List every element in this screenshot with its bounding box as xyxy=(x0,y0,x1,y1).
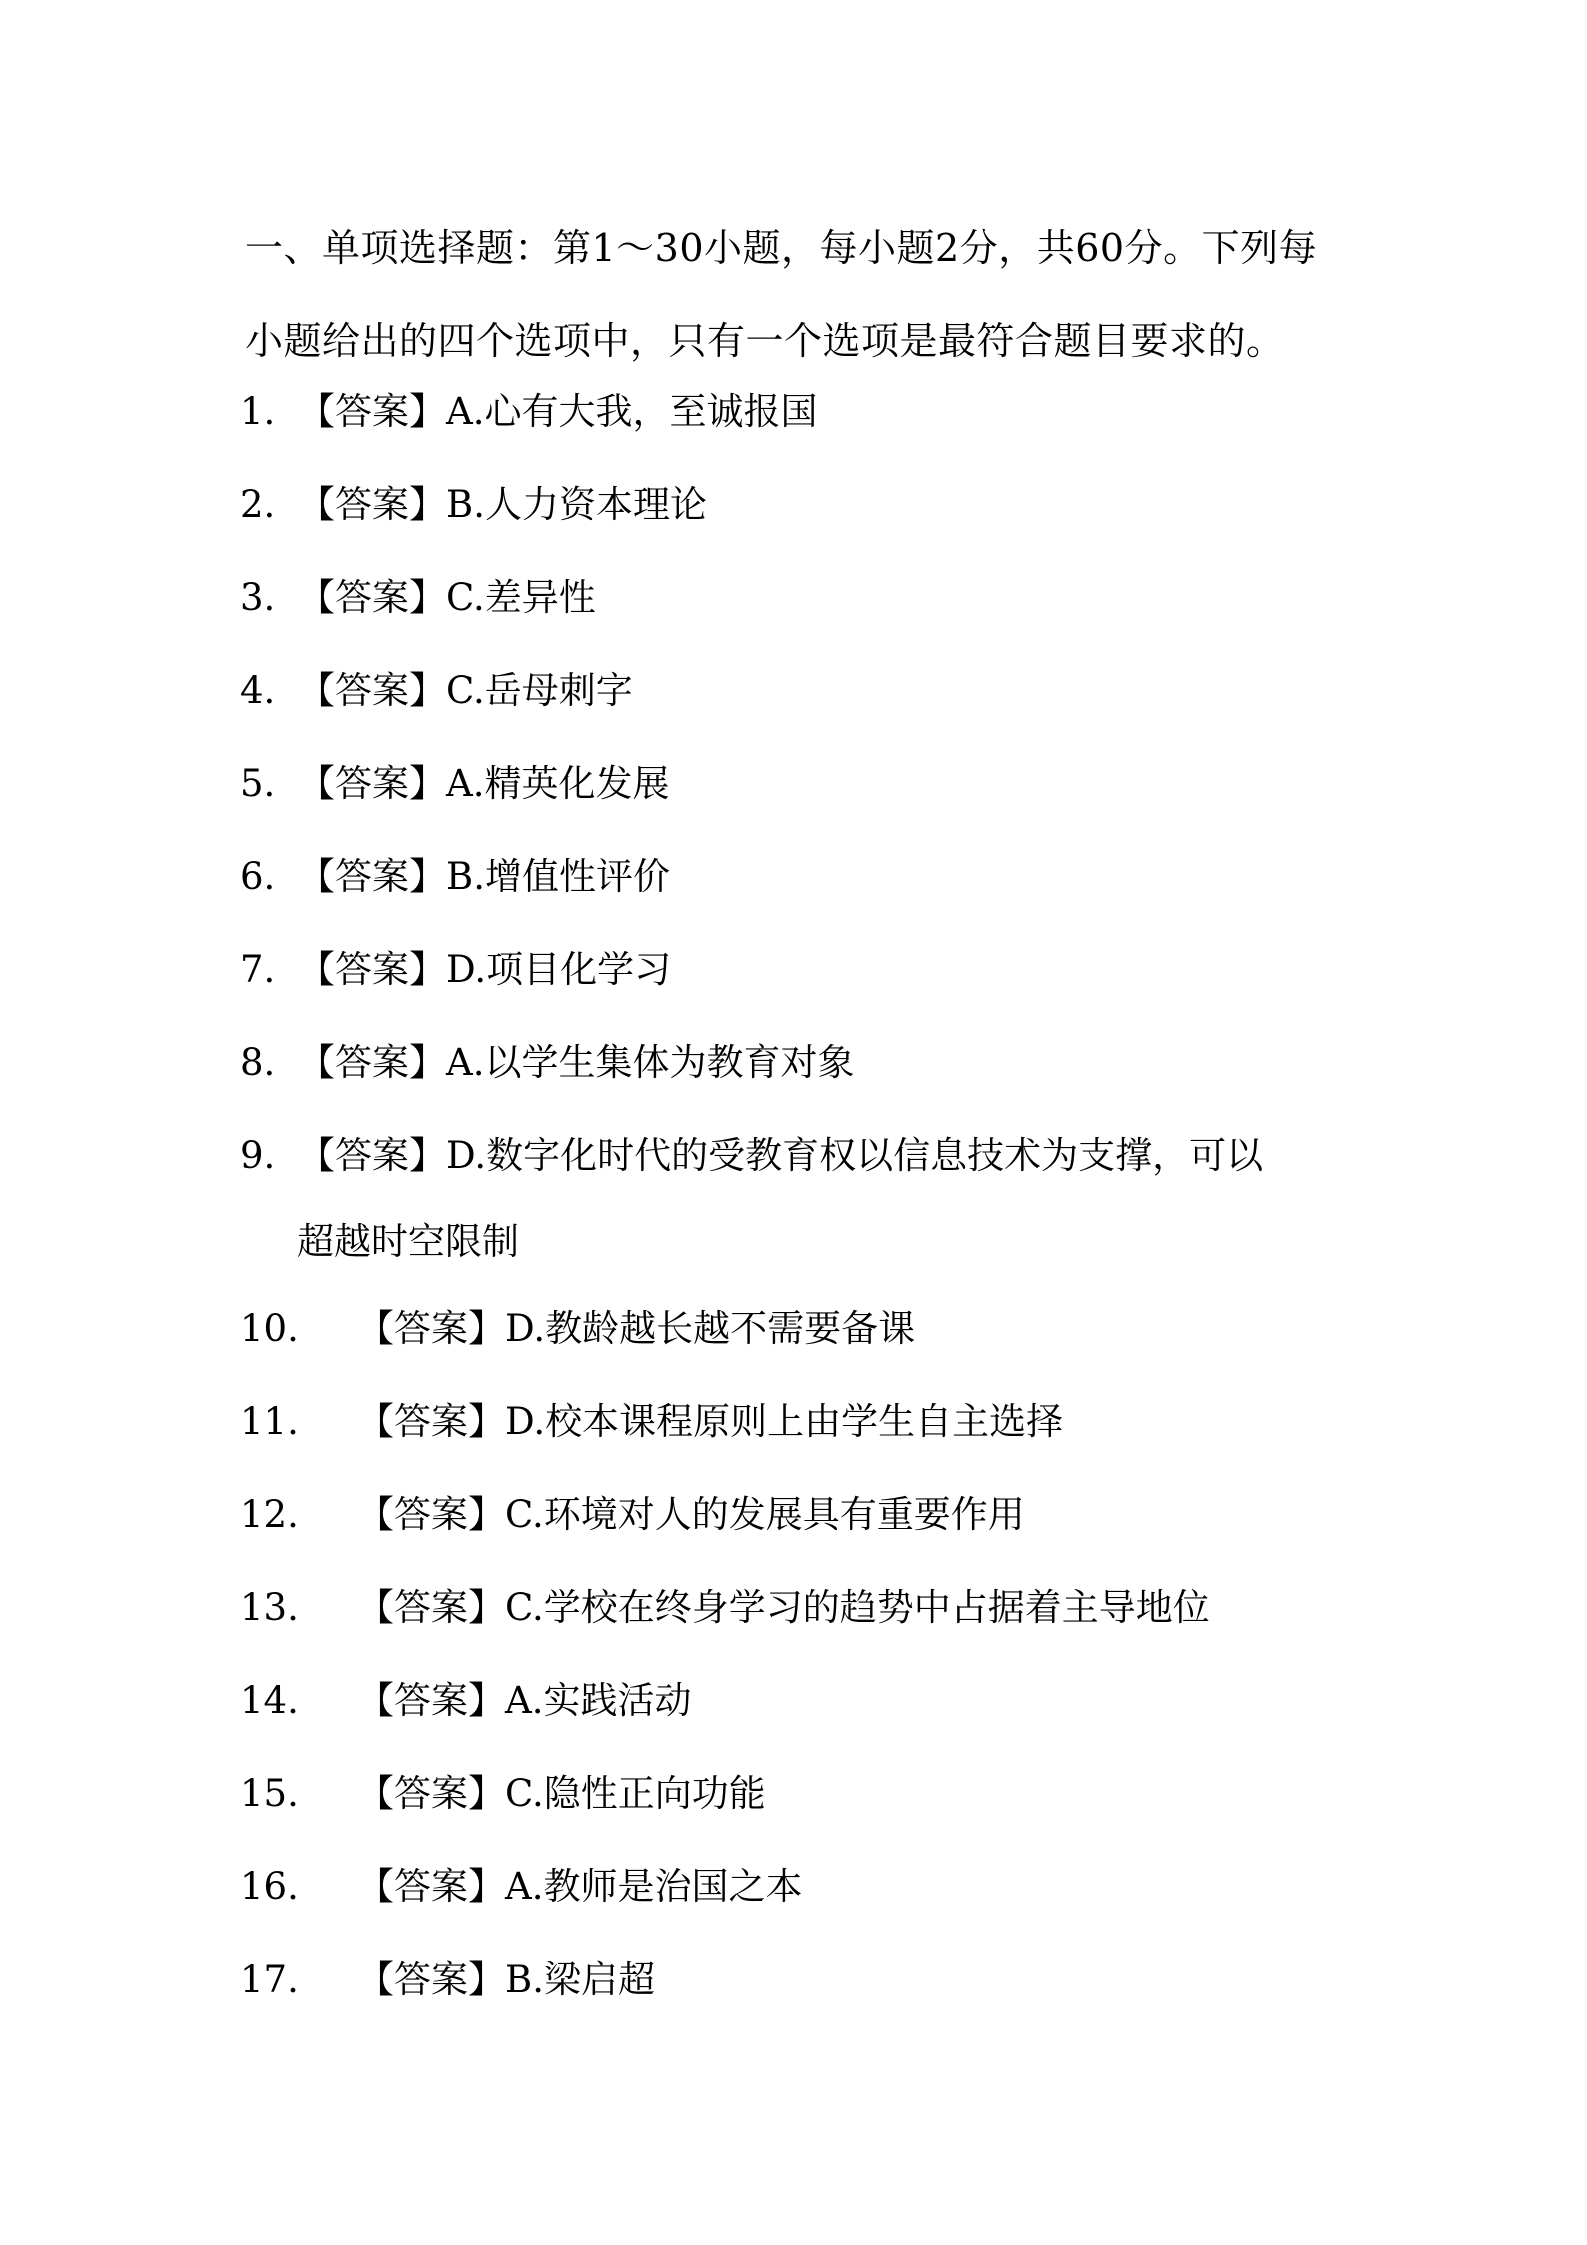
section-heading-line-1: 一、单项选择题：第1～30小题，每小题2分，共60分。下列每 xyxy=(245,202,1355,295)
item-number: 16. xyxy=(240,1864,357,1910)
answer-text: B.增值性评价 xyxy=(446,855,670,898)
answer-item-4: 4.【答案】C.岳母刺字 xyxy=(240,668,633,714)
answer-tag: 【答案】 xyxy=(357,1957,505,2003)
item-number: 11. xyxy=(240,1399,357,1445)
answer-item-9-continuation: 超越时空限制 xyxy=(297,1219,519,1265)
answer-item-15: 15.【答案】C.隐性正向功能 xyxy=(240,1771,766,1817)
answer-text: C.环境对人的发展具有重要作用 xyxy=(505,1493,1025,1536)
answer-tag: 【答案】 xyxy=(357,1306,505,1352)
answer-text: A.精英化发展 xyxy=(446,762,669,805)
answer-item-6: 6.【答案】B.增值性评价 xyxy=(240,854,670,900)
section-heading: 一、单项选择题：第1～30小题，每小题2分，共60分。下列每 小题给出的四个选项… xyxy=(245,202,1355,388)
answer-text: A.以学生集体为教育对象 xyxy=(446,1041,854,1084)
answer-item-8: 8.【答案】A.以学生集体为教育对象 xyxy=(240,1040,854,1086)
answer-tag: 【答案】 xyxy=(357,1399,505,1445)
document-page: 一、单项选择题：第1～30小题，每小题2分，共60分。下列每 小题给出的四个选项… xyxy=(0,0,1587,2245)
item-number: 9. xyxy=(240,1133,298,1179)
answer-tag: 【答案】 xyxy=(298,482,446,528)
item-number: 6. xyxy=(240,854,298,900)
answer-text: A.实践活动 xyxy=(505,1679,691,1722)
answer-tag: 【答案】 xyxy=(298,1040,446,1086)
answer-item-2: 2.【答案】B.人力资本理论 xyxy=(240,482,707,528)
answer-tag: 【答案】 xyxy=(298,575,446,621)
answer-text: B.人力资本理论 xyxy=(446,483,707,526)
item-number: 13. xyxy=(240,1585,357,1631)
answer-item-5: 5.【答案】A.精英化发展 xyxy=(240,761,669,807)
answer-tag: 【答案】 xyxy=(357,1492,505,1538)
item-number: 14. xyxy=(240,1678,357,1724)
answer-tag: 【答案】 xyxy=(298,947,446,993)
answer-tag: 【答案】 xyxy=(357,1771,505,1817)
answer-text: D.教龄越长越不需要备课 xyxy=(505,1307,915,1350)
item-number: 3. xyxy=(240,575,298,621)
answer-tag: 【答案】 xyxy=(298,854,446,900)
answer-item-9: 9.【答案】D.数字化时代的受教育权以信息技术为支撑，可以 xyxy=(240,1133,1263,1179)
item-number: 7. xyxy=(240,947,298,993)
item-number: 4. xyxy=(240,668,298,714)
section-heading-line-2: 小题给出的四个选项中，只有一个选项是最符合题目要求的。 xyxy=(245,295,1355,388)
answer-text: C.岳母刺字 xyxy=(446,669,633,712)
item-number: 2. xyxy=(240,482,298,528)
item-number: 12. xyxy=(240,1492,357,1538)
answer-tag: 【答案】 xyxy=(298,389,446,435)
answer-item-13: 13.【答案】C.学校在终身学习的趋势中占据着主导地位 xyxy=(240,1585,1210,1631)
answer-item-10: 10.【答案】D.教龄越长越不需要备课 xyxy=(240,1306,915,1352)
answer-tag: 【答案】 xyxy=(357,1585,505,1631)
answer-item-12: 12.【答案】C.环境对人的发展具有重要作用 xyxy=(240,1492,1025,1538)
item-number: 5. xyxy=(240,761,298,807)
answer-text: A.心有大我，至诚报国 xyxy=(446,390,817,433)
item-number: 10. xyxy=(240,1306,357,1352)
item-number: 15. xyxy=(240,1771,357,1817)
answer-tag: 【答案】 xyxy=(357,1678,505,1724)
answer-text: C.差异性 xyxy=(446,576,596,619)
answer-tag: 【答案】 xyxy=(298,668,446,714)
answer-text: D.数字化时代的受教育权以信息技术为支撑，可以 xyxy=(446,1134,1263,1177)
answer-item-11: 11.【答案】D.校本课程原则上由学生自主选择 xyxy=(240,1399,1063,1445)
answer-item-14: 14.【答案】A.实践活动 xyxy=(240,1678,691,1724)
item-number: 1. xyxy=(240,389,298,435)
answer-text: C.隐性正向功能 xyxy=(505,1772,766,1815)
answer-text: C.学校在终身学习的趋势中占据着主导地位 xyxy=(505,1586,1210,1629)
answer-text: D.校本课程原则上由学生自主选择 xyxy=(505,1400,1063,1443)
answer-text: B.梁启超 xyxy=(505,1958,655,2001)
answer-item-1: 1.【答案】A.心有大我，至诚报国 xyxy=(240,389,817,435)
answer-item-3: 3.【答案】C.差异性 xyxy=(240,575,596,621)
answer-text: D.项目化学习 xyxy=(446,948,671,991)
answer-item-17: 17.【答案】B.梁启超 xyxy=(240,1957,655,2003)
item-number: 8. xyxy=(240,1040,298,1086)
answer-item-16: 16.【答案】A.教师是治国之本 xyxy=(240,1864,802,1910)
answer-text: A.教师是治国之本 xyxy=(505,1865,802,1908)
answer-item-7: 7.【答案】D.项目化学习 xyxy=(240,947,671,993)
answer-tag: 【答案】 xyxy=(357,1864,505,1910)
answer-tag: 【答案】 xyxy=(298,1133,446,1179)
item-number: 17. xyxy=(240,1957,357,2003)
answer-tag: 【答案】 xyxy=(298,761,446,807)
